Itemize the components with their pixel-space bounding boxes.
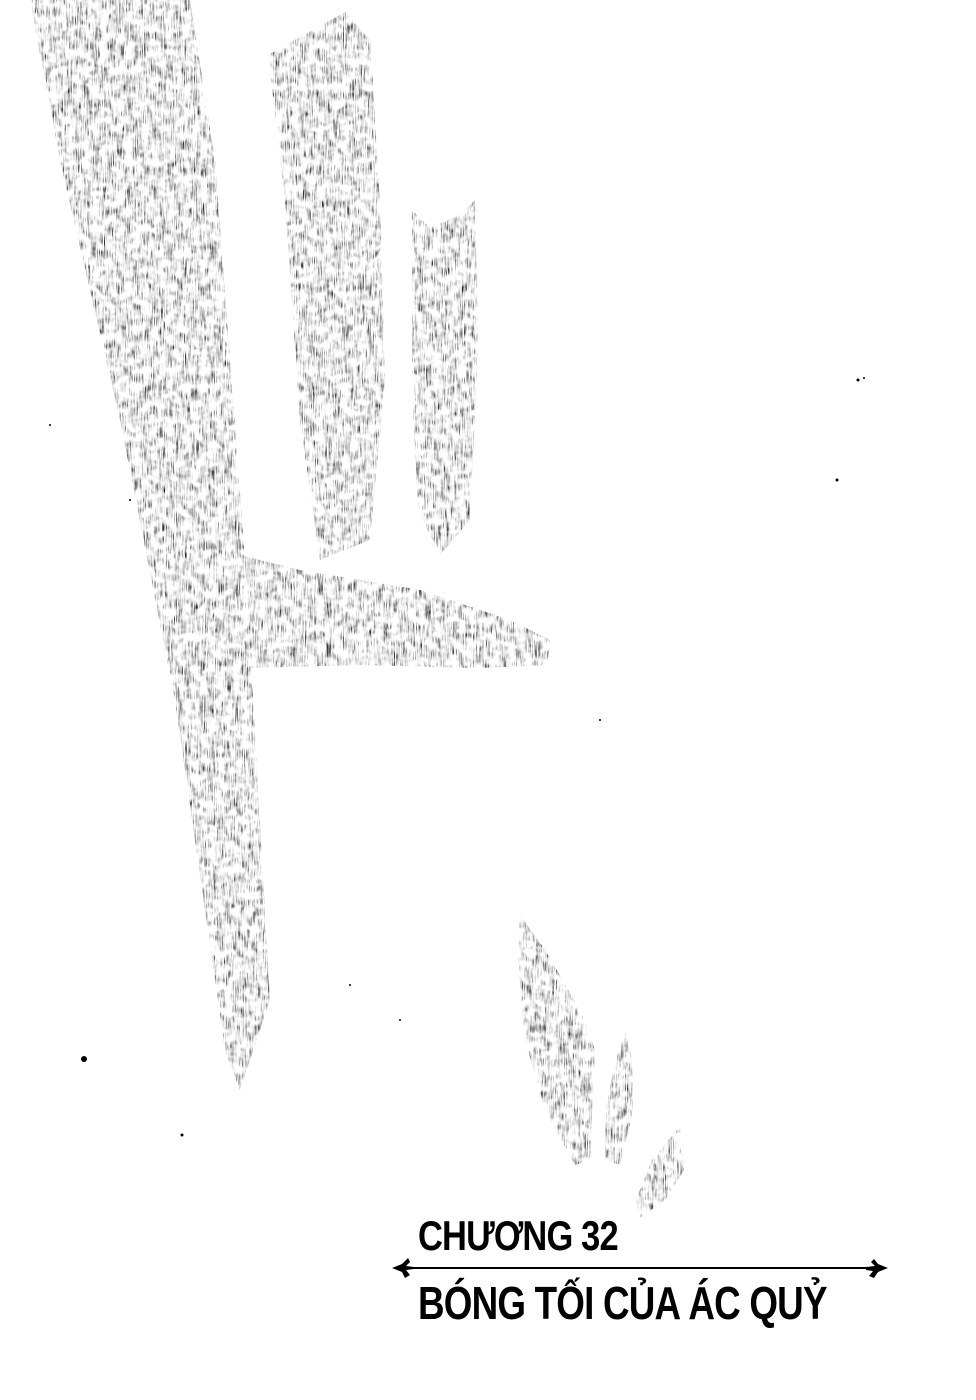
manga-page: CHƯƠNG 32 BÓNG TỐI CỦA ÁC QUỶ — [0, 0, 976, 1400]
chapter-title: BÓNG TỐI CỦA ÁC QUỶ — [418, 1276, 827, 1330]
large-diagonal-stroke — [30, 0, 270, 1090]
vertical-stroke-2 — [412, 200, 478, 555]
horizontal-stroke — [240, 555, 550, 668]
right-flourish-icon — [866, 1259, 888, 1278]
small-leaf-stroke-2 — [605, 1032, 633, 1165]
brush-artwork — [0, 0, 976, 1400]
left-flourish-icon — [392, 1258, 414, 1278]
vertical-stroke-1 — [268, 12, 385, 560]
small-leaf-stroke-3 — [636, 1126, 684, 1218]
chapter-number: CHƯƠNG 32 — [418, 1212, 618, 1260]
small-leaf-stroke-1 — [518, 915, 595, 1165]
